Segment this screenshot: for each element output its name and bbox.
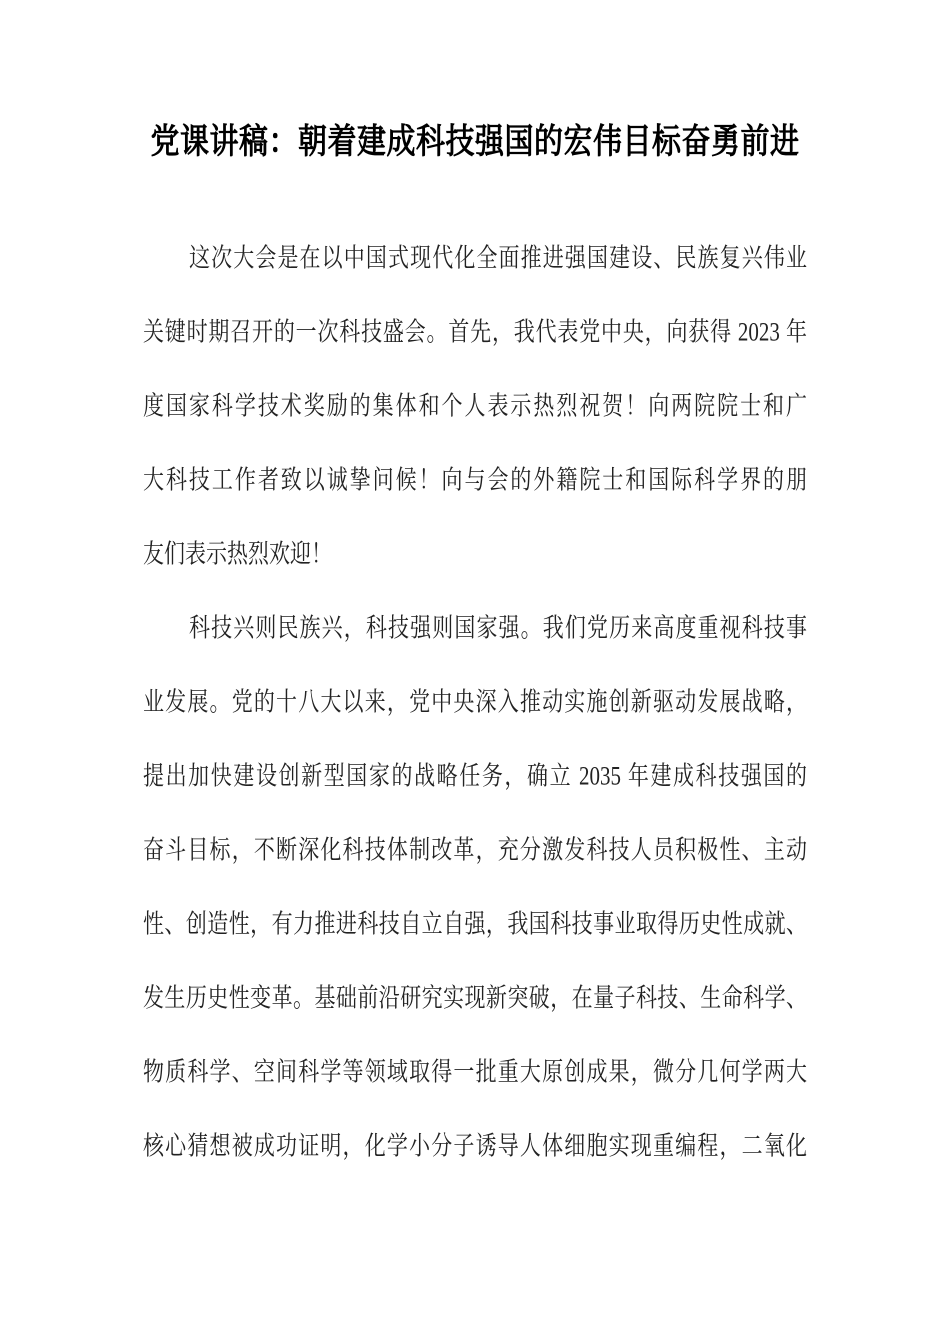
document-page: 党课讲稿：朝着建成科技强国的宏伟目标奋勇前进 这次大会是在以中国式现代化全面推进…	[0, 0, 950, 1344]
document-body: 这次大会是在以中国式现代化全面推进强国建设、民族复兴伟业 关键时期召开的一次科技…	[143, 221, 807, 1183]
body-line-13: 核心猜想被成功证明，化学小分子诱导人体细胞实现重编程，二氧化	[143, 1100, 807, 1192]
document-title: 党课讲稿：朝着建成科技强国的宏伟目标奋勇前进	[0, 106, 950, 178]
